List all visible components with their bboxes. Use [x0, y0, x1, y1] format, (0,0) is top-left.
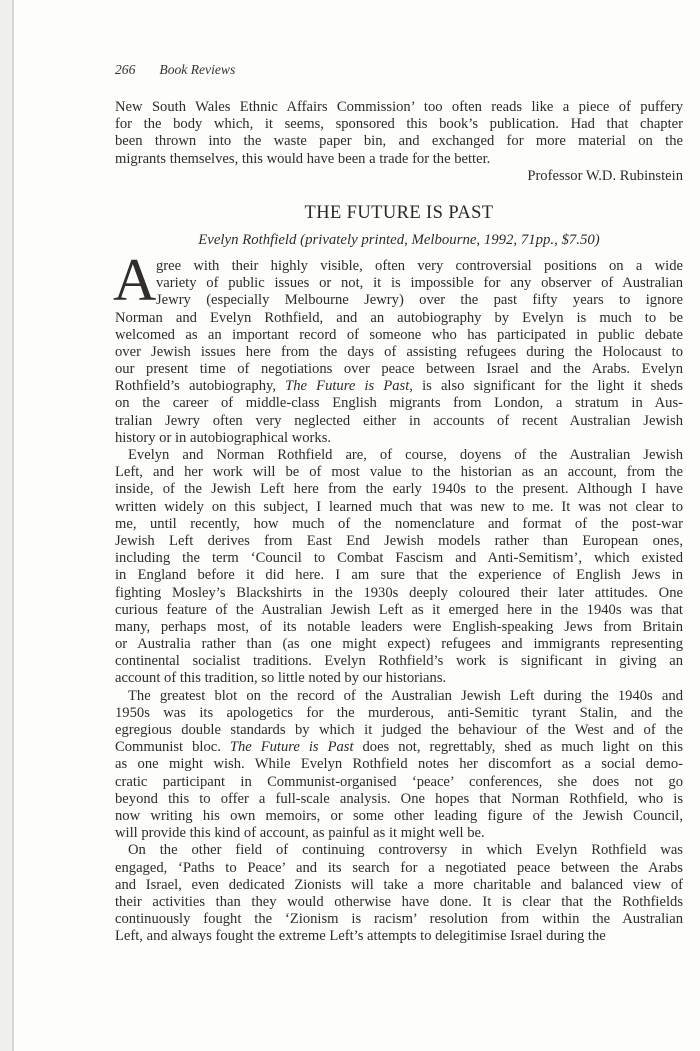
text-line: Communist bloc. The Future is Past does …: [115, 739, 683, 756]
text-line: now writing his own memoirs, or some oth…: [115, 808, 683, 825]
text-line: including the term ‘Council to Combat Fa…: [115, 550, 683, 567]
page-number: 266: [115, 62, 135, 78]
text-line: many, perhaps most, of its notable leade…: [115, 619, 683, 636]
text-line: written widely on this subject, I learne…: [115, 499, 683, 516]
text-line: for the body which, it seems, sponsored …: [115, 116, 683, 133]
text-line: migrants themselves, this would have bee…: [115, 151, 683, 168]
text-line: our present time of negotiations over pe…: [115, 361, 683, 378]
review-citation: Evelyn Rothfield (privately printed, Mel…: [115, 231, 683, 250]
section-title: Book Reviews: [159, 62, 235, 77]
text-line: gree with their highly visible, often ve…: [115, 258, 683, 275]
text-line: continuously fought the ‘Zionism is raci…: [115, 911, 683, 928]
paragraph: The greatest blot on the record of the A…: [115, 688, 683, 843]
scan-page-edge-line: [12, 0, 14, 1051]
text-line: account of this tradition, so little not…: [115, 670, 683, 687]
text-line: variety of public issues or not, it is i…: [115, 275, 683, 292]
text-line: continental socialist traditions. Evelyn…: [115, 653, 683, 670]
running-header: 266Book Reviews: [115, 62, 683, 78]
paragraph: On the other field of continuing controv…: [115, 842, 683, 945]
text-line: cratic participant in Communist-organise…: [115, 774, 683, 791]
text-line: Rothfield’s autobiography, The Future is…: [115, 378, 683, 395]
text-line: Jewry (especially Melbourne Jewry) over …: [115, 292, 683, 309]
text-line: their activities than they would otherwi…: [115, 894, 683, 911]
reviewer-attribution: Professor W.D. Rubinstein: [115, 168, 683, 185]
text-line: as one might wish. While Evelyn Rothfiel…: [115, 756, 683, 773]
text-line: The greatest blot on the record of the A…: [115, 688, 683, 705]
scan-edge-band: [0, 0, 12, 1051]
text-line: been thrown into the waste paper bin, an…: [115, 133, 683, 150]
text-line: me, until recently, how much of the nome…: [115, 516, 683, 533]
text-line: on the career of middle-class English mi…: [115, 395, 683, 412]
page-content: 266Book Reviews New South Wales Ethnic A…: [115, 62, 683, 945]
text-line: welcomed as an important record of someo…: [115, 327, 683, 344]
text-line: inside, of the Jewish Left here from the…: [115, 481, 683, 498]
text-line: and Israel, even dedicated Zionists will…: [115, 877, 683, 894]
text-line: egregious double standards by which it j…: [115, 722, 683, 739]
text-line: Jewish Left derives from East End Jewish…: [115, 533, 683, 550]
paragraph: Evelyn and Norman Rothfield are, of cour…: [115, 447, 683, 688]
text-line: engaged, ‘Paths to Peace’ and its search…: [115, 860, 683, 877]
review-title: THE FUTURE IS PAST: [115, 202, 683, 225]
text-line: or Australia rather than (as one might e…: [115, 636, 683, 653]
text-line: tralian Jewry often very neglected eithe…: [115, 413, 683, 430]
paragraph-opening: A gree with their highly visible, often …: [115, 258, 683, 447]
text-line: Left, and always fought the extreme Left…: [115, 928, 683, 945]
text-line: Evelyn and Norman Rothfield are, of cour…: [115, 447, 683, 464]
text-line: will provide this kind of account, as pa…: [115, 825, 683, 842]
text-line: fighting Mosley’s Blackshirts in the 193…: [115, 585, 683, 602]
paragraph-prev-review: New South Wales Ethnic Affairs Commissio…: [115, 99, 683, 168]
drop-cap: A: [113, 250, 156, 310]
text-line: Left, and her work will be of most value…: [115, 464, 683, 481]
text-line: curious feature of the Australian Jewish…: [115, 602, 683, 619]
text-line: in England before it did here. I am sure…: [115, 567, 683, 584]
text-line: On the other field of continuing controv…: [115, 842, 683, 859]
text-line: 1950s was its apologetics for the murder…: [115, 705, 683, 722]
text-line: over Jewish issues here from the days of…: [115, 344, 683, 361]
text-line: Norman and Evelyn Rothfield, and an auto…: [115, 310, 683, 327]
text-line: New South Wales Ethnic Affairs Commissio…: [115, 99, 683, 116]
text-line: beyond this to offer a full-scale analys…: [115, 791, 683, 808]
text-line: history or in autobiographical works.: [115, 430, 683, 447]
